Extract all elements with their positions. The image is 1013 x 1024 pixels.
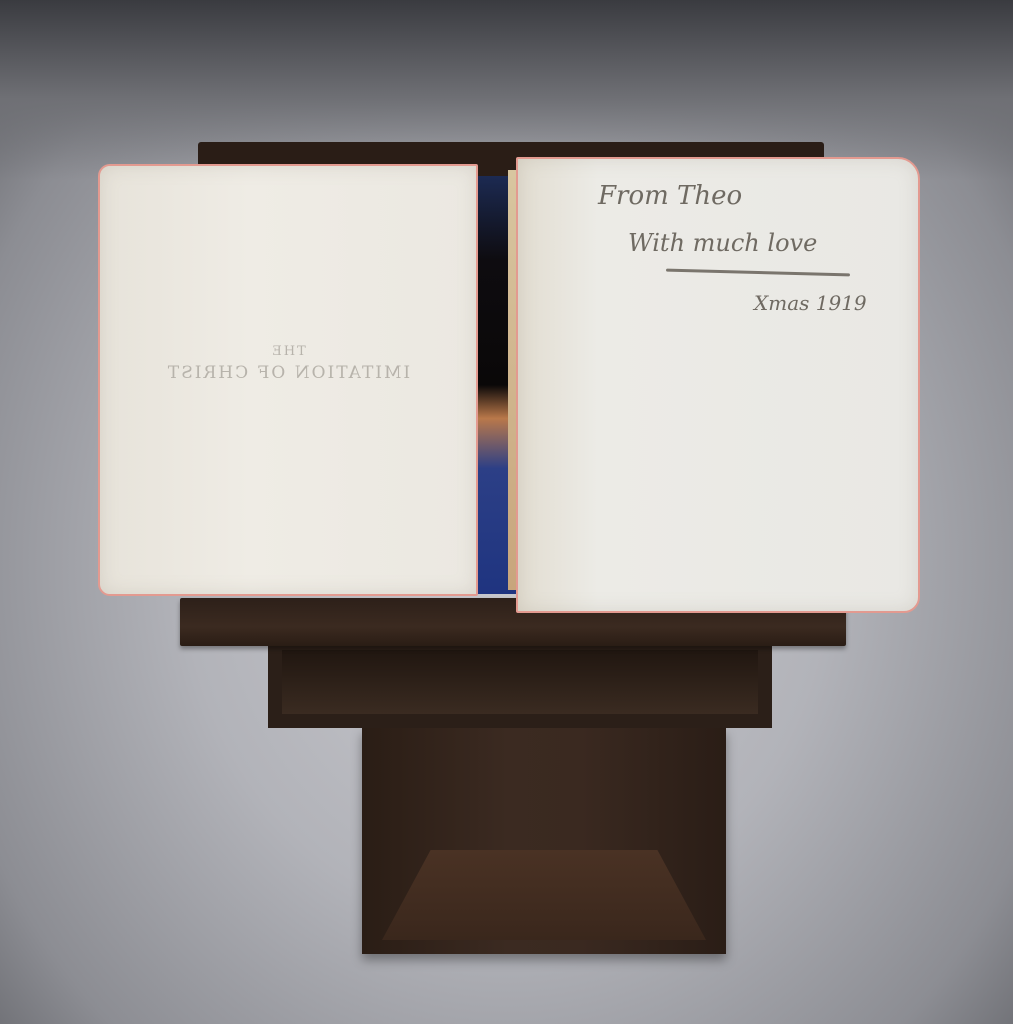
book-left-page: THE IMITATION OF CHRIST [98,164,478,596]
title-the: THE [100,344,476,359]
inscription-love: With much love [628,229,817,257]
inscription-date: Xmas 1919 [754,291,867,315]
lectern-pillar [362,728,726,954]
mirrored-title: THE IMITATION OF CHRIST [100,344,476,383]
inscription-underline [666,269,850,277]
title-main: IMITATION OF CHRIST [100,363,476,383]
lectern-box-recess [282,650,758,714]
lectern-box [268,646,772,728]
book-right-page: From Theo With much love Xmas 1919 [516,157,920,613]
lectern-base-bevel [382,850,706,940]
inscription-from: From Theo [598,181,742,211]
